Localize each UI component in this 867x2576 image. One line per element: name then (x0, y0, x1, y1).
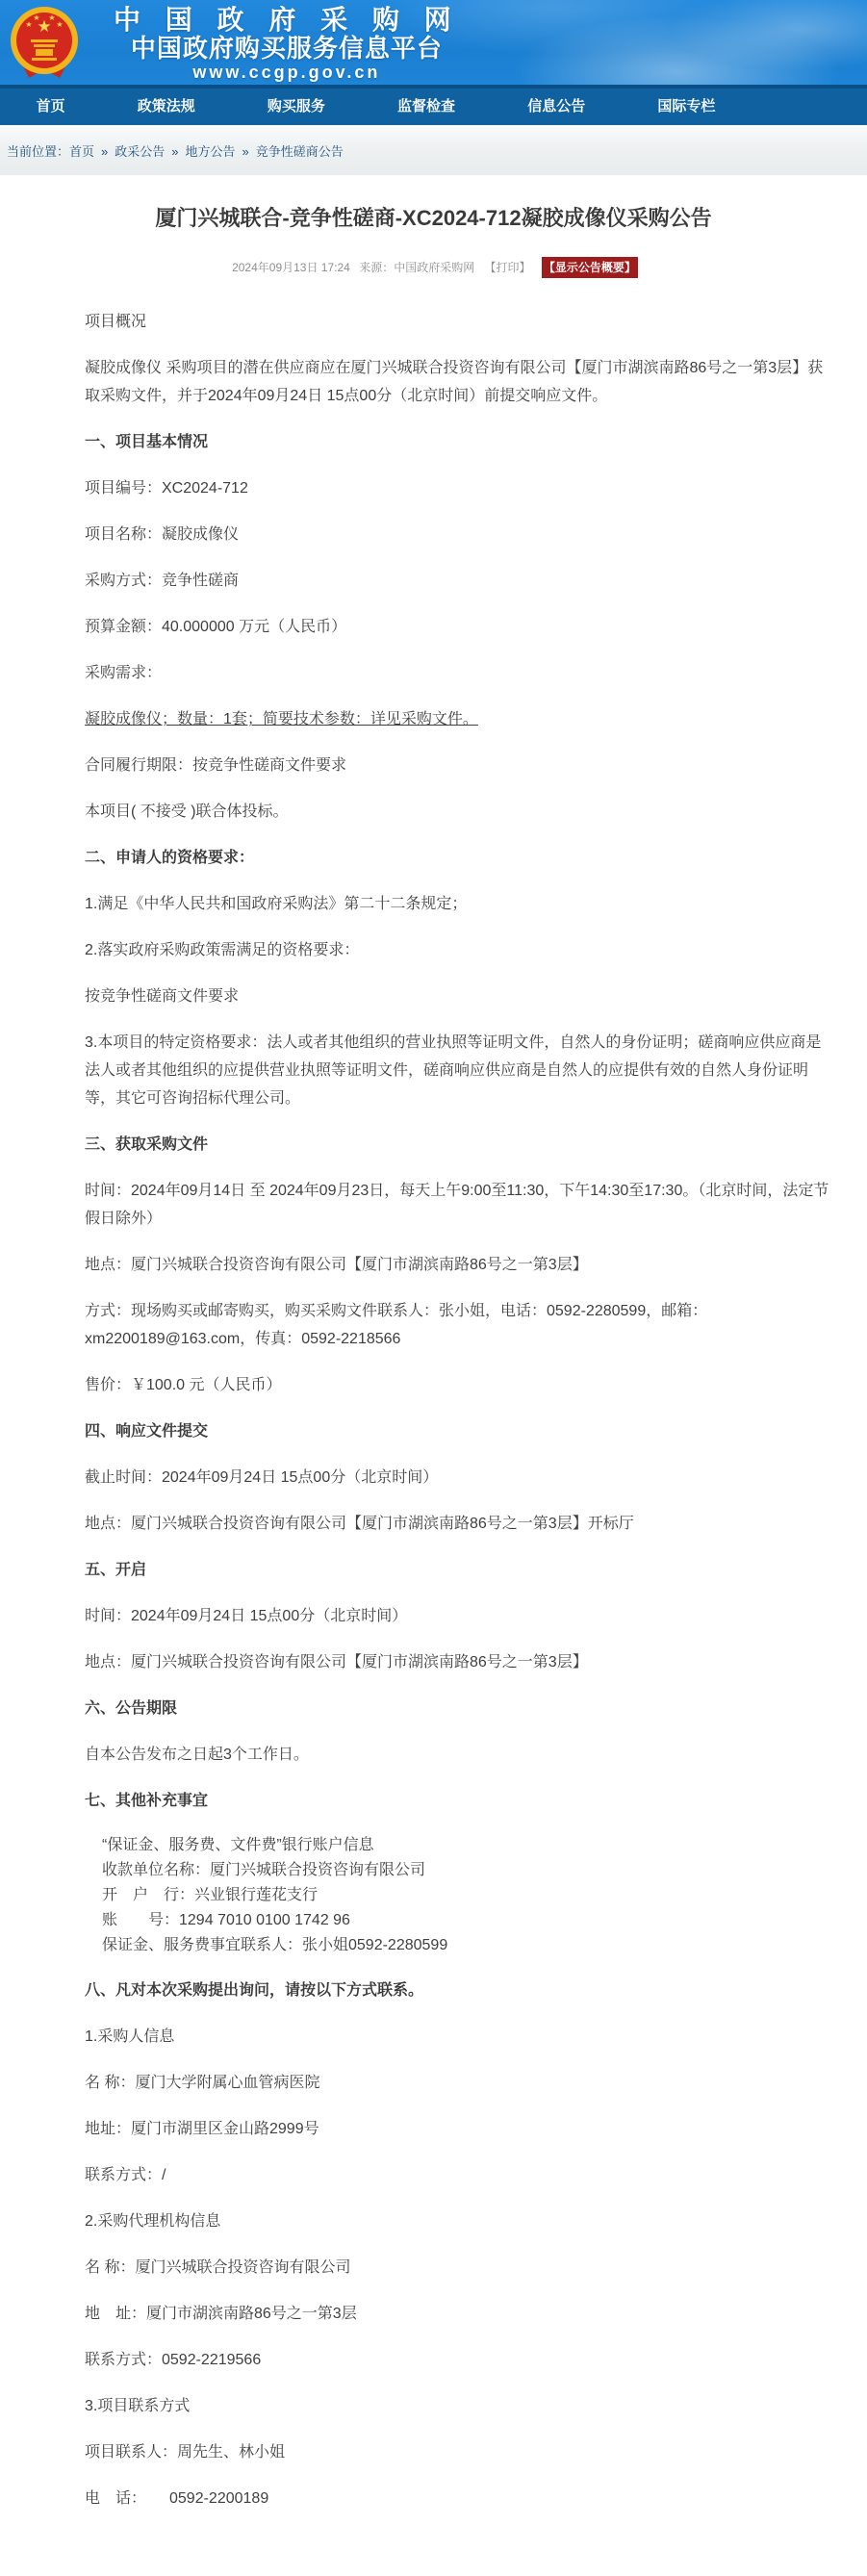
nav-item-5[interactable]: 信息公告 (527, 89, 585, 125)
nav-item-2[interactable]: 政策法规 (138, 89, 195, 125)
article-paragraph: 项目编号：XC2024-712 (85, 474, 830, 502)
article-paragraph: 账 号：1294 7010 0100 1742 96 (85, 1908, 830, 1933)
article-source: 来源：中国政府采购网 (359, 261, 474, 274)
article-paragraph: 凝胶成像仪 采购项目的潜在供应商应在厦门兴城联合投资咨询有限公司【厦门市湖滨南路… (85, 354, 830, 410)
print-button[interactable]: 【打印】 (485, 261, 531, 274)
article-paragraph: 1.采购人信息 (85, 2023, 830, 2051)
article-paragraph: 时间：2024年09月14日 至 2024年09月23日，每天上午9:00至11… (85, 1177, 830, 1233)
publish-datetime: 2024年09月13日 17:24 (232, 261, 350, 274)
article-paragraph: 地点：厦门兴城联合投资咨询有限公司【厦门市湖滨南路86号之一第3层】 (85, 1251, 830, 1279)
breadcrumb-link-1[interactable]: 首页 (69, 144, 94, 159)
article: 厦门兴城联合-竞争性磋商-XC2024-712凝胶成像仪采购公告 2024年09… (0, 204, 867, 2563)
article-paragraph: 地 址：厦门市湖滨南路86号之一第3层 (85, 2300, 830, 2328)
breadcrumb-separator: » (242, 144, 249, 159)
article-paragraph: 开 户 行：兴业银行莲花支行 (85, 1883, 830, 1908)
site-header: ★ ★ ★ ★ ★ 中 国 政 府 采 购 网 中国政府购买服务信息平台 www… (0, 0, 867, 85)
svg-text:★: ★ (33, 13, 39, 22)
site-title: 中 国 政 府 采 购 网 (114, 6, 460, 35)
article-paragraph: 项目名称：凝胶成像仪 (85, 521, 830, 548)
article-paragraph: 自本公告发布之日起3个工作日。 (85, 1741, 830, 1769)
nav-item-4[interactable]: 监督检查 (397, 89, 455, 125)
show-summary-button[interactable]: 【显示公告概要】 (542, 257, 638, 278)
article-paragraph: 二、申请人的资格要求： (85, 844, 830, 872)
article-paragraph: 一、项目基本情况 (85, 428, 830, 456)
page-title: 厦门兴城联合-竞争性磋商-XC2024-712凝胶成像仪采购公告 (38, 204, 829, 233)
article-paragraph: 联系方式：/ (85, 2161, 830, 2189)
breadcrumb-link-3[interactable]: 地方公告 (186, 144, 236, 159)
article-paragraph: 1.满足《中华人民共和国政府采购法》第二十二条规定； (85, 890, 830, 918)
article-paragraph: 2.采购代理机构信息 (85, 2207, 830, 2235)
article-paragraph: 售价：￥100.0 元（人民币） (85, 1371, 830, 1399)
article-paragraph: 凝胶成像仪；数量：1套；简要技术参数：详见采购文件。 (85, 705, 830, 733)
article-paragraph: 电 话： 0592-2200189 (85, 2485, 830, 2512)
site-url: www.ccgp.gov.cn (114, 62, 460, 83)
article-paragraph: 五、开启 (85, 1556, 830, 1584)
article-paragraph: 六、公告期限 (85, 1695, 830, 1722)
svg-text:★: ★ (48, 13, 55, 22)
article-paragraph: 地点：厦门兴城联合投资咨询有限公司【厦门市湖滨南路86号之一第3层】 (85, 1648, 830, 1676)
breadcrumb-link-4[interactable]: 竞争性磋商公告 (256, 144, 344, 159)
article-paragraph: 保证金、服务费事宜联系人：张小姐0592-2280599 (85, 1933, 830, 1958)
article-paragraph: 三、获取采购文件 (85, 1131, 830, 1159)
breadcrumb-label: 当前位置： (7, 141, 69, 160)
article-paragraph: “保证金、服务费、文件费”银行账户信息 (85, 1833, 830, 1858)
article-paragraph: 按竞争性磋商文件要求 (85, 982, 830, 1010)
article-body: 项目概况凝胶成像仪 采购项目的潜在供应商应在厦门兴城联合投资咨询有限公司【厦门市… (85, 308, 830, 2563)
article-paragraph: 截止时间：2024年09月24日 15点00分（北京时间） (85, 1464, 830, 1492)
svg-text:★: ★ (56, 20, 63, 29)
national-emblem-icon: ★ ★ ★ ★ ★ (8, 5, 81, 85)
nav-item-1[interactable]: 首页 (37, 89, 65, 125)
breadcrumb-link-2[interactable]: 政采公告 (115, 144, 165, 159)
breadcrumb-separator: » (101, 144, 108, 159)
article-paragraph: 四、响应文件提交 (85, 1417, 830, 1445)
site-branding: 中 国 政 府 采 购 网 中国政府购买服务信息平台 www.ccgp.gov.… (114, 6, 460, 83)
article-paragraph: 采购方式：竞争性磋商 (85, 567, 830, 595)
article-paragraph: 联系方式：0592-2219566 (85, 2346, 830, 2374)
main-nav: 首页政策法规购买服务监督检查信息公告国际专栏 (0, 85, 867, 125)
article-paragraph: 2.落实政府采购政策需满足的资格要求： (85, 936, 830, 964)
article-paragraph: 八、凡对本次采购提出询问，请按以下方式联系。 (85, 1977, 830, 2004)
article-paragraph: 方式：现场购买或邮寄购买，购买采购文件联系人：张小姐，电话：0592-22805… (85, 1297, 830, 1353)
nav-item-6[interactable]: 国际专栏 (657, 89, 715, 125)
svg-text:★: ★ (25, 20, 32, 29)
article-paragraph: 3.本项目的特定资格要求：法人或者其他组织的营业执照等证明文件，自然人的身份证明… (85, 1029, 830, 1112)
article-meta: 2024年09月13日 17:24 来源：中国政府采购网 【打印】 【显示公告概… (0, 257, 867, 278)
article-paragraph: 收款单位名称：厦门兴城联合投资咨询有限公司 (85, 1858, 830, 1883)
breadcrumb: 当前位置：首页»政采公告»地方公告»竞争性磋商公告 (0, 125, 867, 175)
article-paragraph: 合同履行期限：按竞争性磋商文件要求 (85, 752, 830, 779)
article-paragraph: 项目联系人：周先生、林小姐 (85, 2438, 830, 2466)
article-paragraph: 时间：2024年09月24日 15点00分（北京时间） (85, 1602, 830, 1630)
article-paragraph: 预算金额：40.000000 万元（人民币） (85, 613, 830, 641)
breadcrumb-separator: » (171, 144, 178, 159)
nav-item-3[interactable]: 购买服务 (268, 89, 325, 125)
article-paragraph: 采购需求： (85, 659, 830, 687)
article-paragraph: 名 称：厦门兴城联合投资咨询有限公司 (85, 2254, 830, 2282)
article-paragraph: 项目概况 (85, 308, 830, 336)
article-paragraph: 名 称：厦门大学附属心血管病医院 (85, 2069, 830, 2097)
article-paragraph: 本项目( 不接受 )联合体投标。 (85, 798, 830, 826)
site-subtitle: 中国政府购买服务信息平台 (114, 35, 460, 62)
article-paragraph: 3.项目联系方式 (85, 2392, 830, 2420)
article-paragraph: 地址：厦门市湖里区金山路2999号 (85, 2115, 830, 2143)
article-paragraph: 地点：厦门兴城联合投资咨询有限公司【厦门市湖滨南路86号之一第3层】开标厅 (85, 1510, 830, 1538)
article-paragraph: 七、其他补充事宜 (85, 1787, 830, 1815)
